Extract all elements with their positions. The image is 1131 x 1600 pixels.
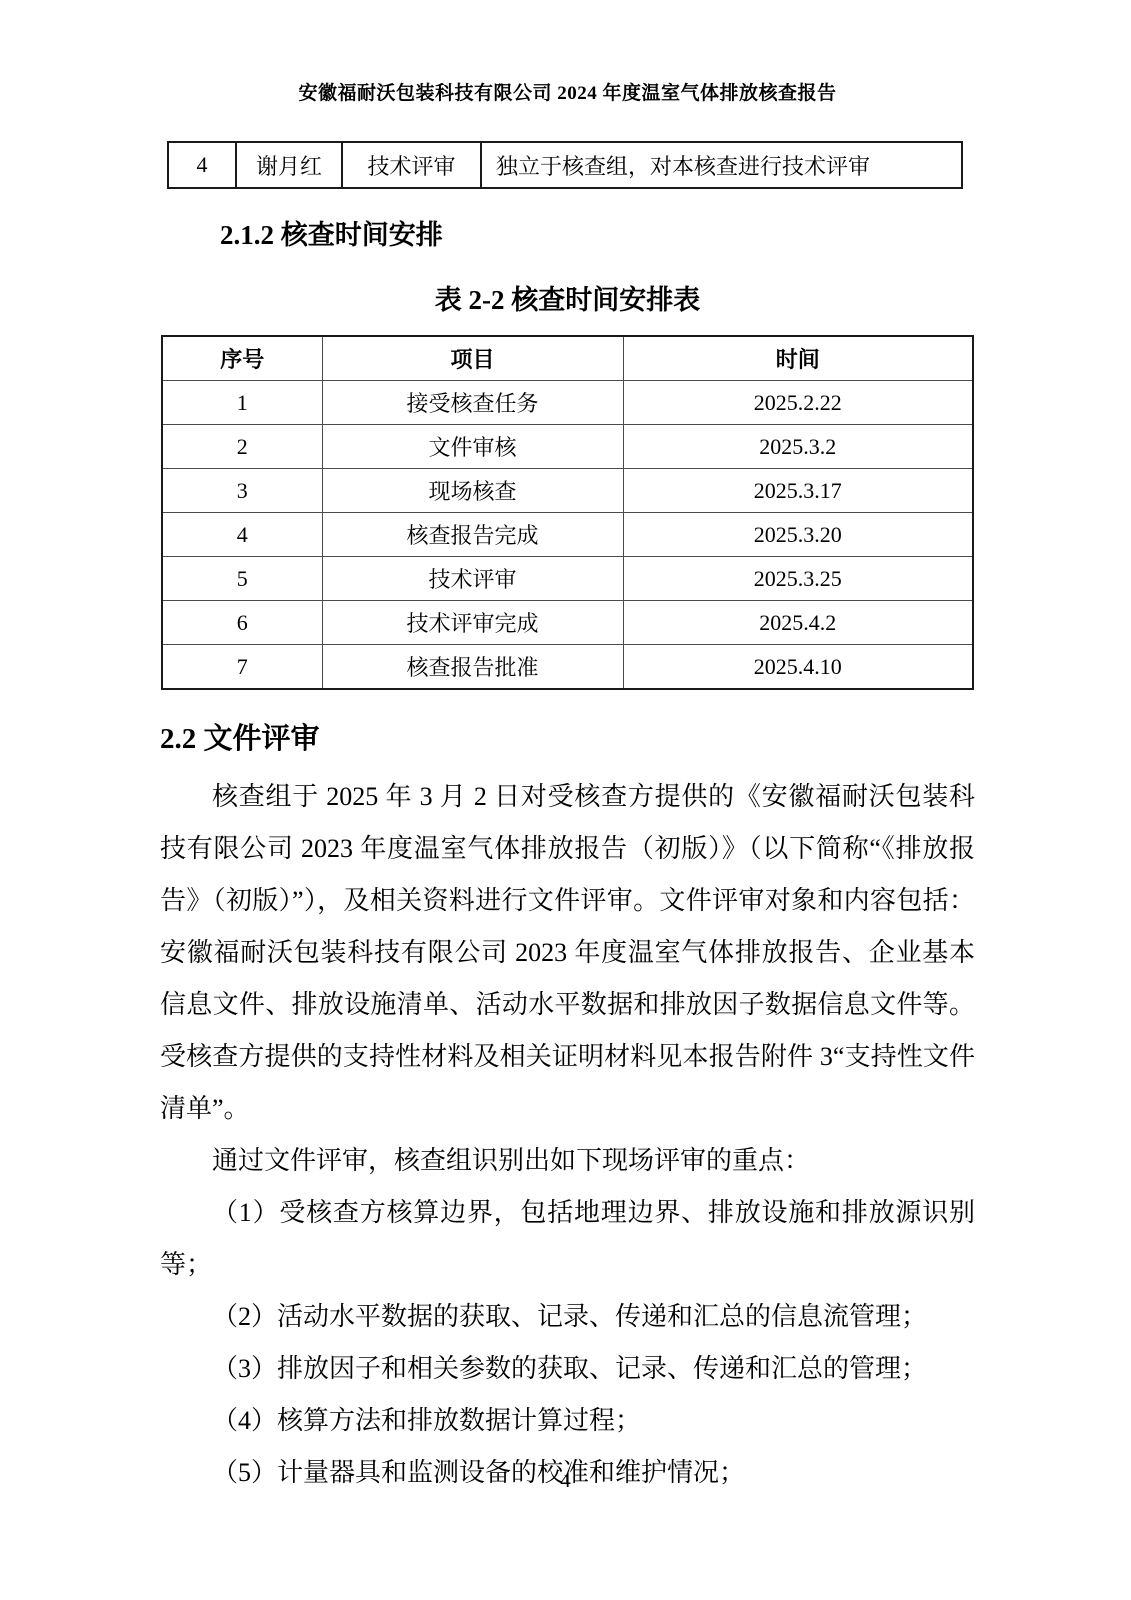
page-number: 4 [0, 1468, 1131, 1493]
col-header-index: 序号 [162, 336, 322, 381]
row-index: 5 [162, 557, 322, 601]
row-time: 2025.3.25 [623, 557, 973, 601]
row-index: 7 [162, 645, 322, 690]
table-row: 4 核查报告完成 2025.3.20 [162, 513, 973, 557]
row-index: 3 [162, 469, 322, 513]
col-header-item: 项目 [322, 336, 623, 381]
col-header-time: 时间 [623, 336, 973, 381]
row-time: 2025.4.10 [623, 645, 973, 690]
review-focus-intro-paragraph: 通过文件评审，核查组识别出如下现场评审的重点： [160, 1135, 975, 1187]
table-row: 4 谢月红 技术评审 独立于核查组，对本核查进行技术评审 [168, 142, 962, 188]
list-item-2: （2）活动水平数据的获取、记录、传递和汇总的信息流管理； [160, 1291, 975, 1343]
table-2-2-caption: 表 2-2 核查时间安排表 [160, 278, 975, 317]
row-item: 技术评审完成 [322, 601, 623, 645]
row-time: 2025.3.17 [623, 469, 973, 513]
row-time: 2025.3.20 [623, 513, 973, 557]
row-item: 技术评审 [322, 557, 623, 601]
table-row: 7 核查报告批准 2025.4.10 [162, 645, 973, 690]
section-heading-22: 2.2 文件评审 [160, 716, 975, 757]
table-header-row: 序号 项目 时间 [162, 336, 973, 381]
row-item: 现场核查 [322, 469, 623, 513]
team-member-duty: 独立于核查组，对本核查进行技术评审 [481, 142, 962, 188]
table-row: 5 技术评审 2025.3.25 [162, 557, 973, 601]
section-heading-212: 2.1.2 核查时间安排 [220, 213, 975, 252]
row-index: 2 [162, 425, 322, 469]
row-time: 2025.2.22 [623, 381, 973, 425]
table-row: 1 接受核查任务 2025.2.22 [162, 381, 973, 425]
table-row: 3 现场核查 2025.3.17 [162, 469, 973, 513]
team-member-name: 谢月红 [236, 142, 342, 188]
row-item: 核查报告批准 [322, 645, 623, 690]
row-index: 4 [162, 513, 322, 557]
list-item-4: （4）核算方法和排放数据计算过程； [160, 1395, 975, 1447]
row-time: 2025.3.2 [623, 425, 973, 469]
page-header-title: 安徽福耐沃包装科技有限公司 2024 年度温室气体排放核查报告 [160, 0, 975, 105]
list-item-3: （3）排放因子和相关参数的获取、记录、传递和汇总的管理； [160, 1343, 975, 1395]
table-row: 6 技术评审完成 2025.4.2 [162, 601, 973, 645]
row-index: 1 [162, 381, 322, 425]
row-item: 文件审核 [322, 425, 623, 469]
row-time: 2025.4.2 [623, 601, 973, 645]
team-member-role: 技术评审 [342, 142, 481, 188]
row-item: 接受核查任务 [322, 381, 623, 425]
table-row: 2 文件审核 2025.3.2 [162, 425, 973, 469]
document-review-paragraph: 核查组于 2025 年 3 月 2 日对受核查方提供的《安徽福耐沃包装科技有限公… [160, 771, 975, 1135]
document-page: 安徽福耐沃包装科技有限公司 2024 年度温室气体排放核查报告 4 谢月红 技术… [0, 0, 1131, 1499]
team-row-index: 4 [168, 142, 236, 188]
row-item: 核查报告完成 [322, 513, 623, 557]
verification-team-table-partial: 4 谢月红 技术评审 独立于核查组，对本核查进行技术评审 [167, 141, 963, 189]
list-item-1: （1）受核查方核算边界，包括地理边界、排放设施和排放源识别等； [160, 1187, 975, 1291]
row-index: 6 [162, 601, 322, 645]
schedule-table: 序号 项目 时间 1 接受核查任务 2025.2.22 2 文件审核 2025.… [161, 335, 974, 690]
